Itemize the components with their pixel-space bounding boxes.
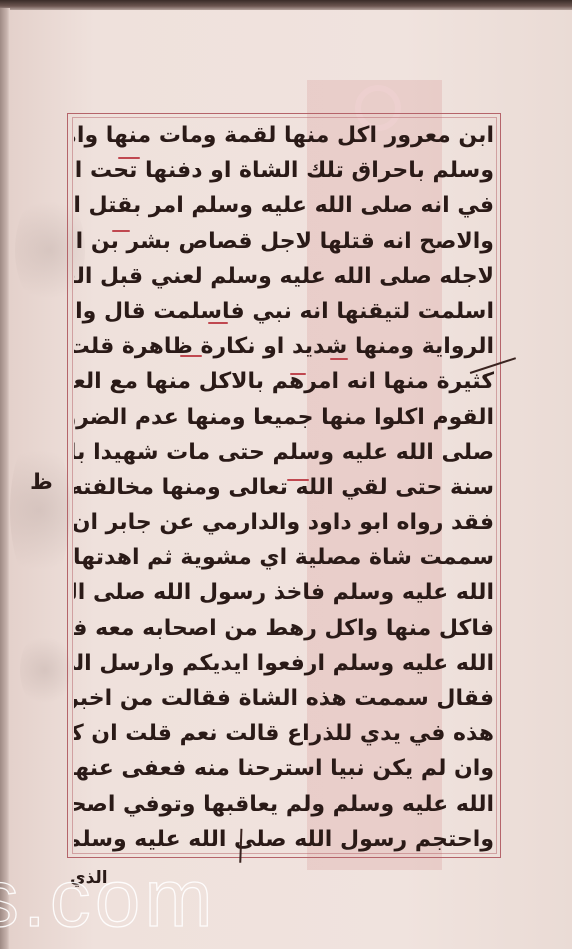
text-line: سممت شاة مصلية اي مشوية ثم اهدتها لرسول … <box>74 540 494 575</box>
text-line: الله عليه وسلم فاخذ رسول الله صلى الله ع… <box>74 575 494 610</box>
text-line: فقال سممت هذه الشاة فقالت من اخبرك فقال … <box>74 681 494 716</box>
text-line: اسلمت لتيقنها انه نبي فاسلمت قال واظن ان… <box>74 294 494 329</box>
rubric-mark <box>287 479 309 481</box>
text-line: الله عليه وسلم ارفعوا ايديكم وارسل الى ا… <box>74 646 494 681</box>
book-binding-edge <box>0 8 10 949</box>
text-line: فقد رواه ابو داود والدارمي عن جابر ان يه… <box>74 505 494 540</box>
text-line: ابن معرور اكل منها لقمة ومات منها وامر ا… <box>74 118 494 153</box>
text-line: سنة حتى لقي الله تعالى ومنها مخالفته لما… <box>74 470 494 505</box>
rubric-mark <box>180 355 202 357</box>
text-line: الله عليه وسلم ولم يعاقبها وتوفي اصحابه … <box>74 787 494 822</box>
text-line: هذه في يدي للذراع قالت نعم قلت ان كان نب… <box>74 716 494 751</box>
rubric-mark <box>330 358 348 360</box>
text-line: صلى الله عليه وسلم حتى مات شهيدا بالمها … <box>74 435 494 470</box>
paper-stain <box>20 630 70 710</box>
text-line: كثيرة منها انه امرهم بالاكل منها مع العل… <box>74 364 494 399</box>
paper-stain <box>10 430 70 590</box>
text-line: وان لم يكن نبيا استرحنا منه فعفى عنها رس… <box>74 751 494 786</box>
text-line: الرواية ومنها شديد او نكارة ظاهرة قلت من… <box>74 329 494 364</box>
text-line: والاصح انه قتلها لاجل قصاص بشر بن البراء… <box>74 224 494 259</box>
manuscript-text: ابن معرور اكل منها لقمة ومات منها وامر ا… <box>74 118 494 858</box>
rubric-mark <box>208 322 228 324</box>
rubric-mark <box>290 373 306 375</box>
rubric-mark <box>112 230 130 232</box>
text-line: القوم اكلوا منها جميعا ومنها عدم الضرر و… <box>74 400 494 435</box>
rubric-mark <box>118 157 140 159</box>
watermark-text: s.com <box>0 852 217 946</box>
text-line: فاكل منها واكل رهط من اصحابه معه فقال رس… <box>74 611 494 646</box>
text-line: في انه صلى الله عليه وسلم امر بقتل اليهو… <box>74 188 494 223</box>
margin-note: ظ <box>30 470 53 495</box>
text-line: لاجله صلى الله عليه وسلم لعني قبل القصاص… <box>74 259 494 294</box>
